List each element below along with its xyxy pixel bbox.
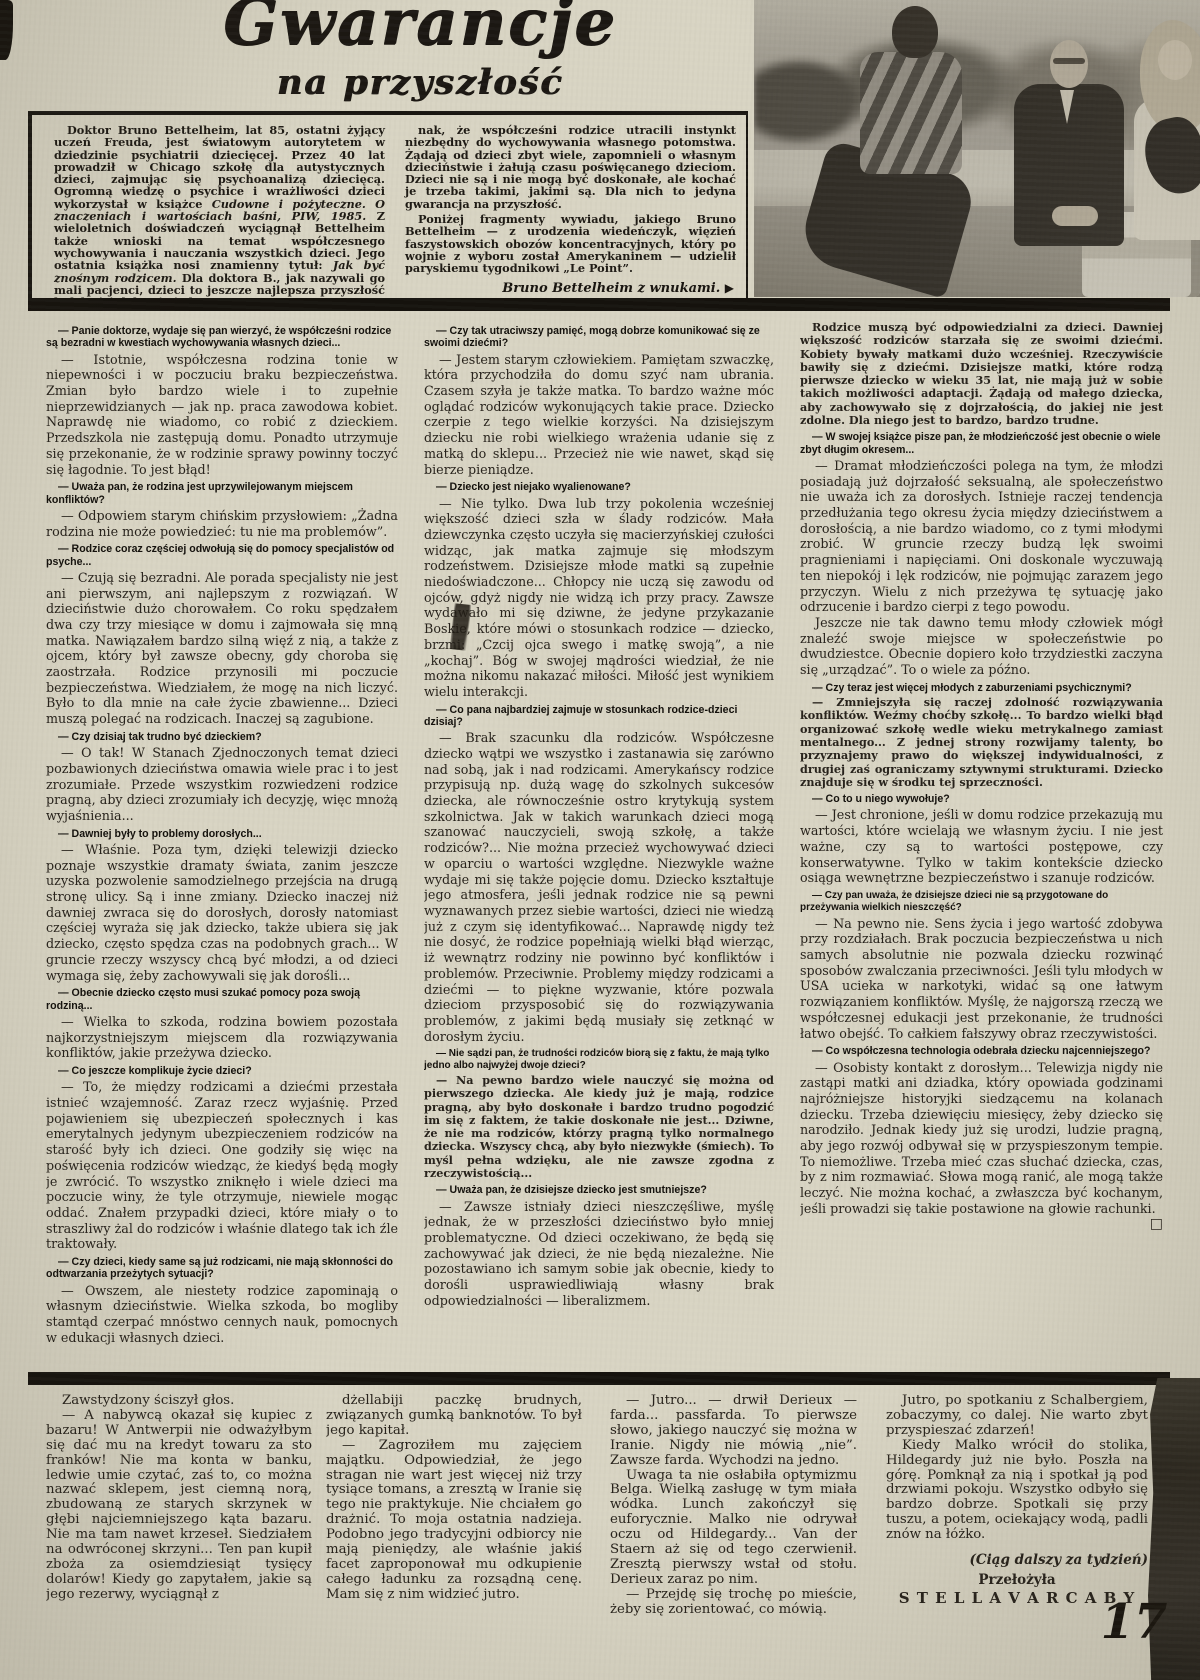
text-paragraph: Zawstydzony ściszył głos.: [46, 1394, 312, 1409]
interview-answer: — Zmniejszyła się raczej zdolność rozwią…: [800, 696, 1163, 789]
interview-column-2: — Czy tak utraciwszy pamięć, mogą dobrze…: [424, 321, 774, 1369]
story-column-2: dżellabiji paczkę brudnych, związanych g…: [326, 1394, 582, 1674]
interview-answer: — Odpowiem starym chińskim przysłowiem: …: [46, 508, 398, 539]
interview-answer: Rodzice muszą być odpowiedzialni za dzie…: [800, 321, 1163, 427]
interview-question: — Nie sądzi pan, że trudności rodziców b…: [424, 1048, 774, 1072]
interview-answer: — Jest chronione, jeśli w domu rodzice p…: [800, 807, 1163, 886]
story-column-1: Zawstydzony ściszył głos.— A nabywcą oka…: [46, 1394, 312, 1674]
interview-column-1: — Panie doktorze, wydaje się pan wierzyć…: [46, 321, 398, 1369]
interview-question: — Co pana najbardziej zajmuje w stosunka…: [424, 704, 774, 729]
photo-caption: Bruno Bettelheim z wnukami. ▶: [502, 281, 734, 296]
text-paragraph: dżellabiji paczkę brudnych, związanych g…: [326, 1394, 582, 1439]
interview-column-3: Rodzice muszą być odpowiedzialni za dzie…: [800, 321, 1163, 1369]
interview-answer: — Istotnie, współczesna rodzina tonie w …: [46, 352, 398, 478]
interview-answer: — Wielka to szkoda, rodzina bowiem pozos…: [46, 1014, 398, 1061]
interview-question: — Uważa pan, że dzisiejsze dziecko jest …: [424, 1184, 774, 1196]
text-paragraph: — Zagroziłem mu zajęciem majątku. Odpowi…: [326, 1439, 582, 1603]
interview-answer: — Czują się bezradni. Ale porada specjal…: [46, 570, 398, 727]
text-paragraph: nak, że współcześni rodzice utracili ins…: [405, 124, 736, 210]
intro-box: Doktor Bruno Bettelheim, lat 85, ostatni…: [28, 111, 748, 300]
interview-question: — Co jeszcze komplikuje życie dzieci?: [46, 1065, 398, 1077]
continuation-note: (Ciąg dalszy za tydzień): [886, 1552, 1148, 1568]
serial-story-section: Zawstydzony ściszył głos.— A nabywcą oka…: [0, 1394, 1200, 1674]
interview-answer: — Osobisty kontakt z dorosłym... Telewiz…: [800, 1060, 1163, 1217]
interview-question: — Czy dzisiaj tak trudno być dzieckiem?: [46, 731, 398, 743]
interview-question: — Dziecko jest niejako wyalienowane?: [424, 481, 774, 493]
interview-answer: — Brak szacunku dla rodziców. Współczesn…: [424, 730, 774, 1044]
interview-question: — Czy dzieci, kiedy same są już rodzicam…: [46, 1256, 398, 1281]
photo-caption-text: Bruno Bettelheim z wnukami.: [502, 281, 720, 296]
section-divider-bottom: [28, 1372, 1170, 1385]
interview-answer: — Właśnie. Poza tym, dzięki telewizji dz…: [46, 842, 398, 983]
text-paragraph: Jutro, po spotkaniu z Schalbergiem, zoba…: [886, 1394, 1148, 1439]
intro-paragraph: Doktor Bruno Bettelheim, lat 85, ostatni…: [54, 124, 385, 308]
text-paragraph: Kiedy Malko wrócił do stolika, Hildegard…: [886, 1439, 1148, 1543]
section-divider-top: [28, 298, 1170, 311]
interview-question: — Obecnie dziecko często musi szukać pom…: [46, 987, 398, 1012]
interview-answer: — Zawsze istniały dzieci nieszczęśliwe, …: [424, 1199, 774, 1309]
interview-answer: — O tak! W Stanach Zjednoczonych temat d…: [46, 745, 398, 824]
interview-question: — Uważa pan, że rodzina jest uprzywilejo…: [46, 481, 398, 506]
caption-arrow-icon: ▶: [725, 281, 734, 295]
interview-question: — Panie doktorze, wydaje się pan wierzyć…: [46, 325, 398, 350]
interview-answer: Jeszcze nie tak dawno temu młody człowie…: [800, 615, 1163, 678]
interview-question: — Czy pan uważa, że dzisiejsze dzieci ni…: [800, 890, 1163, 914]
interview-question: — Rodzice coraz częściej odwołują się do…: [46, 543, 398, 568]
story-column-4-text: Jutro, po spotkaniu z Schalbergiem, zoba…: [886, 1394, 1148, 1543]
interview-answer: — Na pewno nie. Sens życia i jego wartoś…: [800, 916, 1163, 1042]
interview-question: — Czy teraz jest więcej młodych z zaburz…: [800, 682, 1163, 694]
text-paragraph: Uwaga ta nie osłabiła optymizmu Belga. W…: [610, 1469, 857, 1588]
interview-answer: — To, że między rodzicami a dziećmi prze…: [46, 1079, 398, 1252]
interview-answer: — Jestem starym człowiekiem. Pamiętam sz…: [424, 352, 774, 478]
page-subtitle: na przyszłość: [180, 64, 660, 103]
photo-bettelheim-with-grandchildren: [754, 0, 1200, 297]
story-column-3: — Jutro... — drwił Derieux — farda... pa…: [610, 1394, 857, 1674]
text-paragraph: — Przejdę się trochę po mieście, żeby si…: [610, 1588, 857, 1618]
page-number: 17: [1092, 1598, 1176, 1646]
text-paragraph: — Jutro... — drwił Derieux — farda... pa…: [610, 1394, 857, 1469]
text-paragraph: Poniżej fragmenty wywiadu, jakiego Bruno…: [405, 213, 736, 274]
magazine-page: Gwarancje na przyszłość Doktor Bruno Bet…: [0, 0, 1200, 1680]
intro-column-1: Doktor Bruno Bettelheim, lat 85, ostatni…: [54, 124, 385, 311]
translator-label: Przełożyła: [886, 1573, 1148, 1588]
interview-answer: — Dramat młodzieńczości polega na tym, ż…: [800, 458, 1163, 615]
interview-question: — W swojej książce pisze pan, że młodzie…: [800, 431, 1163, 456]
interview-question: — Co współczesna technologia odebrała dz…: [800, 1045, 1163, 1057]
interview-answer: — Na pewno bardzo wiele nauczyć się możn…: [424, 1074, 774, 1180]
interview-question: — Dawniej były to problemy dorosłych...: [46, 828, 398, 840]
scan-artifact-blob: [0, 0, 13, 60]
interview-question: — Czy tak utraciwszy pamięć, mogą dobrze…: [424, 325, 774, 350]
interview-section: — Panie doktorze, wydaje się pan wierzyć…: [0, 321, 1200, 1369]
interview-question: — Co to u niego wywołuje?: [800, 793, 1163, 805]
photo-tone-overlay: [754, 0, 1200, 297]
interview-answer: — Owszem, ale niestety rodzice zapominaj…: [46, 1283, 398, 1346]
text-paragraph: — A nabywcą okazał się kupiec z bazaru! …: [46, 1409, 312, 1603]
page-title: Gwarancje: [120, 0, 720, 58]
article-end-mark: □: [1135, 1217, 1163, 1231]
interview-answer: — Nie tylko. Dwa lub trzy pokolenia wcze…: [424, 496, 774, 700]
